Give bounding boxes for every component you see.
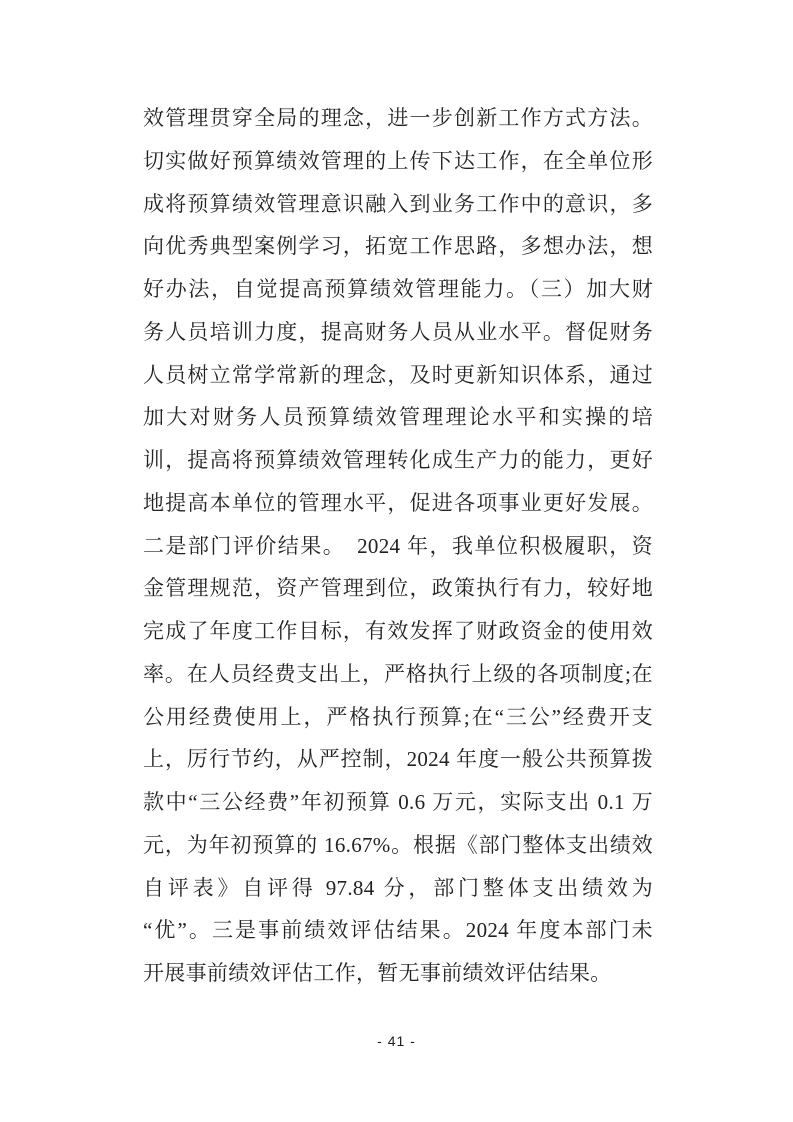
text-line: 向优秀典型案例学习，拓宽工作思路，多想办法，想 bbox=[143, 225, 653, 268]
text-line: 成将预算绩效管理意识融入到业务工作中的意识，多 bbox=[143, 183, 653, 226]
text-line: 上，厉行节约，从严控制，2024 年度一般公共预算拨 bbox=[143, 738, 653, 781]
text-line: 完成了年度工作目标，有效发挥了财政资金的使用效 bbox=[143, 610, 653, 653]
text-line: 公用经费使用上，严格执行预算;在“三公”经费开支 bbox=[143, 696, 653, 739]
text-line: 训，提高将预算绩效管理转化成生产力的能力，更好 bbox=[143, 439, 653, 482]
text-line: 二是部门评价结果。 2024 年，我单位积极履职，资 bbox=[143, 525, 653, 568]
text-line: 效管理贯穿全局的理念，进一步创新工作方式方法。 bbox=[143, 97, 653, 140]
text-line: “优”。三是事前绩效评估结果。2024 年度本部门未 bbox=[143, 909, 653, 952]
text-line: 好办法，自觉提高预算绩效管理能力。（三）加大财 bbox=[143, 268, 653, 311]
page-footer: - 41 - bbox=[0, 1033, 793, 1051]
text-line: 率。在人员经费支出上，严格执行上级的各项制度;在 bbox=[143, 653, 653, 696]
text-line: 自评表》自评得 97.84 分，部门整体支出绩效为 bbox=[143, 867, 653, 910]
document-page: 效管理贯穿全局的理念，进一步创新工作方式方法。 切实做好预算绩效管理的上传下达工… bbox=[0, 0, 793, 1122]
text-line: 人员树立常学常新的理念，及时更新知识体系，通过 bbox=[143, 354, 653, 397]
body-text: 效管理贯穿全局的理念，进一步创新工作方式方法。 切实做好预算绩效管理的上传下达工… bbox=[143, 97, 653, 995]
text-line: 开展事前绩效评估工作，暂无事前绩效评估结果。 bbox=[143, 952, 653, 995]
text-line: 金管理规范，资产管理到位，政策执行有力，较好地 bbox=[143, 567, 653, 610]
text-line: 地提高本单位的管理水平，促进各项事业更好发展。 bbox=[143, 482, 653, 525]
text-line: 务人员培训力度，提高财务人员从业水平。督促财务 bbox=[143, 311, 653, 354]
text-line: 切实做好预算绩效管理的上传下达工作，在全单位形 bbox=[143, 140, 653, 183]
page-number: - 41 - bbox=[377, 1033, 416, 1049]
text-line: 加大对财务人员预算绩效管理理论水平和实操的培 bbox=[143, 396, 653, 439]
text-line: 元，为年初预算的 16.67%。根据《部门整体支出绩效 bbox=[143, 824, 653, 867]
text-line: 款中“三公经费”年初预算 0.6 万元，实际支出 0.1 万 bbox=[143, 781, 653, 824]
